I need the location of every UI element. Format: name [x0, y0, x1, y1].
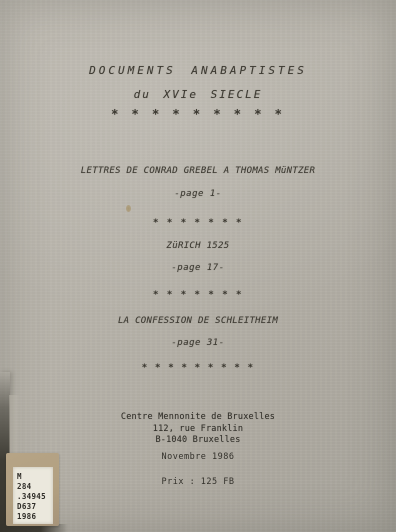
- divider-row: * * * * * * * * *: [3, 363, 393, 373]
- section-heading-schleitheim: LA CONFESSION DE SCHLEITHEIM: [3, 316, 393, 326]
- section-page-ref: -page 17-: [3, 263, 393, 273]
- section-heading-grebel-letters: LETTRES DE CONRAD GREBEL A THOMAS MüNTZE…: [3, 166, 393, 176]
- paper-stain: [126, 205, 131, 212]
- call-number-line: M: [17, 472, 53, 482]
- call-number-line: 1986: [17, 512, 53, 522]
- call-number-line: D637: [17, 502, 53, 512]
- divider-row: * * * * * * *: [3, 290, 393, 300]
- publication-date: Novembre 1986: [3, 452, 393, 462]
- publisher-address-line2: B-1040 Bruxelles: [3, 435, 393, 447]
- section-page-ref: -page 31-: [3, 338, 393, 348]
- call-number-line: .34945: [17, 492, 53, 502]
- section-page-ref: -page 1-: [3, 189, 393, 199]
- book-cover-scan: DOCUMENTS ANABAPTISTES du XVIe SIECLE * …: [0, 0, 396, 532]
- price-text: Prix : 125 FB: [3, 477, 393, 487]
- divider-row-top: * * * * * * * * *: [3, 107, 393, 121]
- publisher-address-line1: 112, rue Franklin: [3, 424, 393, 436]
- publisher-name: Centre Mennonite de Bruxelles: [3, 412, 393, 424]
- call-number-line: 284: [17, 482, 53, 492]
- publisher-block: Centre Mennonite de Bruxelles 112, rue F…: [3, 412, 393, 447]
- page-title: DOCUMENTS ANABAPTISTES: [3, 64, 393, 77]
- call-number-text: M 284 .34945 D637 1986: [17, 472, 53, 522]
- page-subtitle: du XVIe SIECLE: [3, 88, 393, 101]
- section-heading-zurich: ZüRICH 1525: [3, 241, 393, 251]
- call-number-label: M 284 .34945 D637 1986: [13, 467, 53, 524]
- divider-row: * * * * * * *: [3, 218, 393, 228]
- call-number-sticker: M 284 .34945 D637 1986: [6, 453, 59, 526]
